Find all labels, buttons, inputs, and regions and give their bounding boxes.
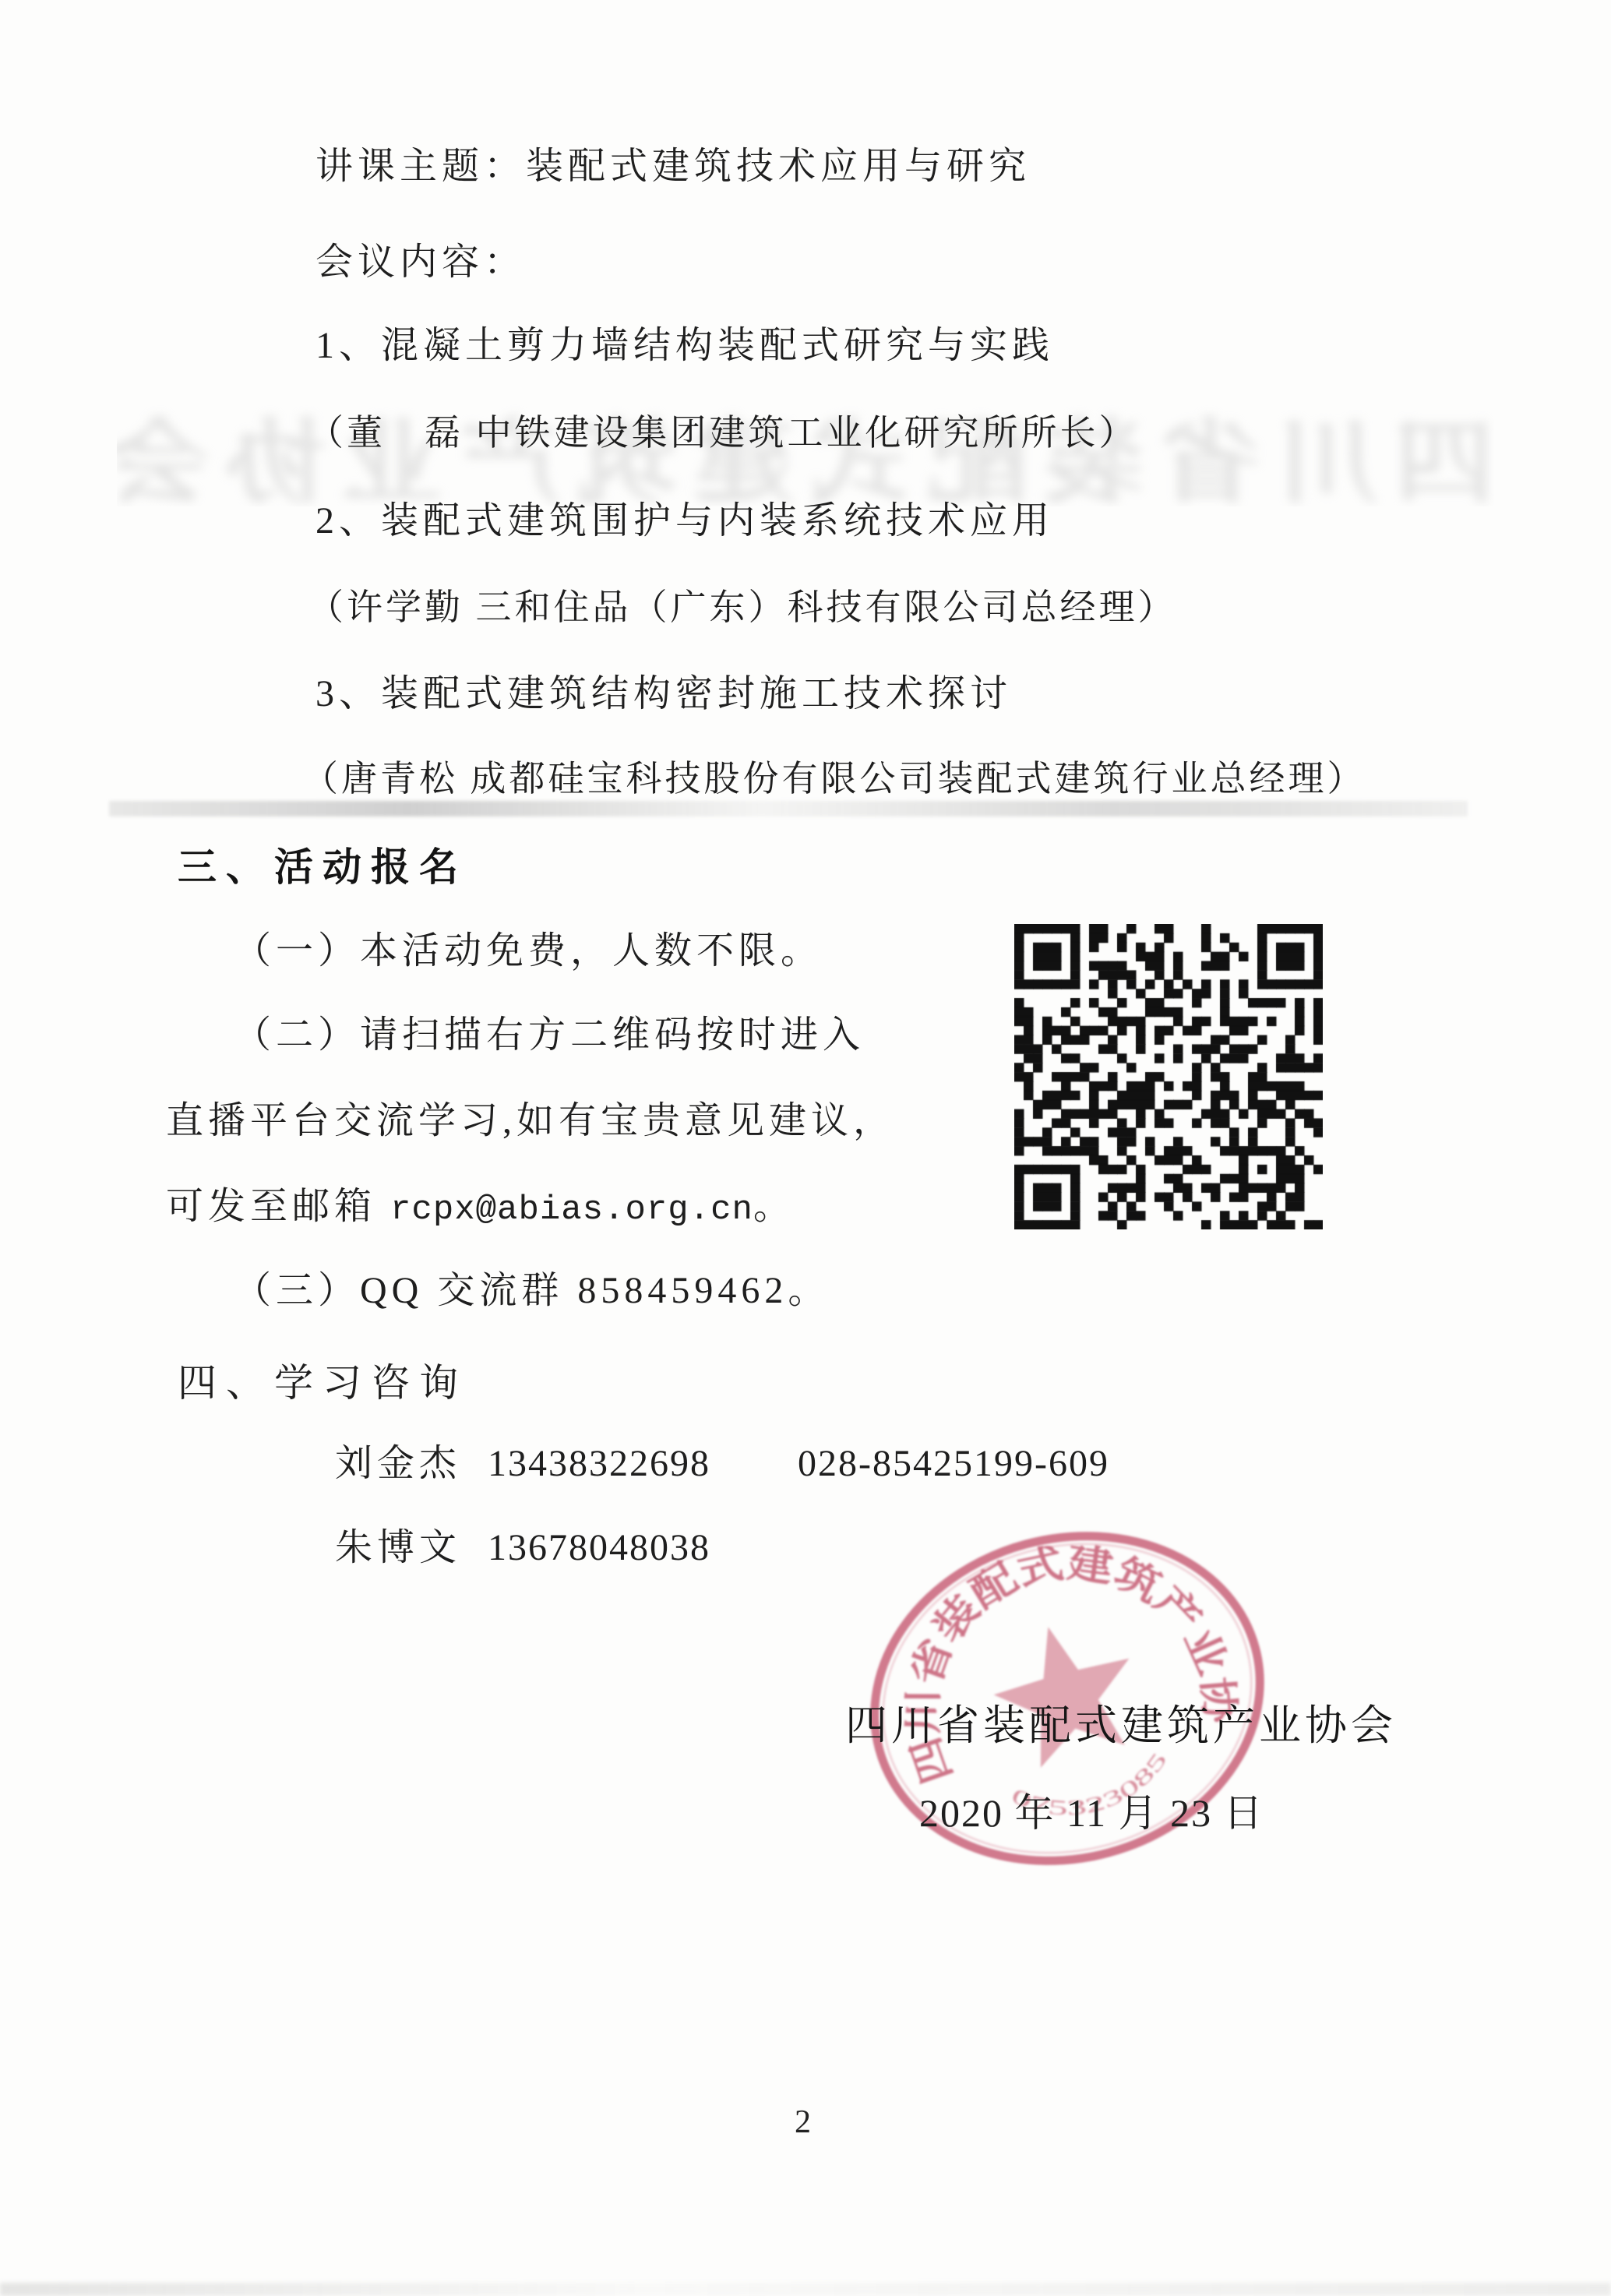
lecture-topic-line: 讲课主题：装配式建筑技术应用与研究: [316, 144, 1031, 189]
signature-date: 2020 年 11 月 23 日: [919, 1782, 1264, 1838]
contact-1-mobile: 13438322698: [488, 1443, 710, 1484]
agenda-item-1-speaker: （董 磊 中铁建设集团建筑工业化研究所所长）: [308, 411, 1138, 454]
agenda-label: 会议内容：: [316, 240, 526, 285]
scan-artifact-band: [109, 801, 1468, 816]
email-address: rcpx@abias.org.cn: [390, 1190, 753, 1229]
contact-1-name: 刘金杰: [335, 1443, 461, 1484]
seal-ring-text: 四川省装配式建筑产业协会: [849, 1519, 1250, 1827]
agenda-item-3-title: 3、装配式建筑结构密封施工技术探讨: [316, 672, 1012, 717]
contact-row-1: 刘金杰13438322698028-85425199-609: [335, 1441, 1109, 1487]
signature-organization: 四川省装配式建筑产业协会: [845, 1692, 1397, 1752]
agenda-item-2-speaker: （许学勤 三和住品（广东）科技有限公司总经理）: [308, 586, 1177, 629]
registration-qr-code: [1014, 924, 1323, 1229]
email-prefix: 可发至邮箱: [166, 1186, 390, 1227]
contact-2-mobile: 13678048038: [488, 1527, 710, 1568]
registration-item-2-line-1: （二）请扫描右方二维码按时进入: [234, 1013, 865, 1058]
scan-edge-shadow: [0, 2283, 1611, 2296]
agenda-item-1-title: 1、混凝土剪力墙结构装配式研究与实践: [316, 323, 1054, 369]
contact-1-tel: 028-85425199-609: [798, 1443, 1109, 1484]
registration-item-2-line-3: 可发至邮箱 rcpx@abias.org.cn。: [166, 1184, 795, 1231]
section-3-heading: 三、活动报名: [178, 844, 467, 891]
page-number: 2: [795, 2104, 811, 2141]
registration-item-2-line-2: 直播平台交流学习,如有宝贵意见建议，: [166, 1099, 895, 1144]
section-4-heading: 四、学习咨询: [178, 1360, 467, 1406]
agenda-item-2-title: 2、装配式建筑围护与内装系统技术应用: [316, 499, 1054, 544]
scanned-document-page: 四川省装配式建筑产业协会 讲课主题：装配式建筑技术应用与研究 会议内容： 1、混…: [0, 0, 1611, 2296]
svg-text:四川省装配式建筑产业协会: 四川省装配式建筑产业协会: [849, 1519, 1250, 1827]
contact-2-name: 朱博文: [335, 1527, 461, 1568]
contact-row-2: 朱博文13678048038: [335, 1525, 710, 1571]
email-suffix: 。: [753, 1186, 795, 1227]
registration-item-3-qq-group: （三）QQ 交流群 858459462。: [234, 1268, 830, 1314]
agenda-item-3-speaker: （唐青松 成都硅宝科技股份有限公司装配式建筑行业总经理）: [302, 757, 1366, 800]
registration-item-1: （一）本活动免费，人数不限。: [234, 929, 823, 974]
